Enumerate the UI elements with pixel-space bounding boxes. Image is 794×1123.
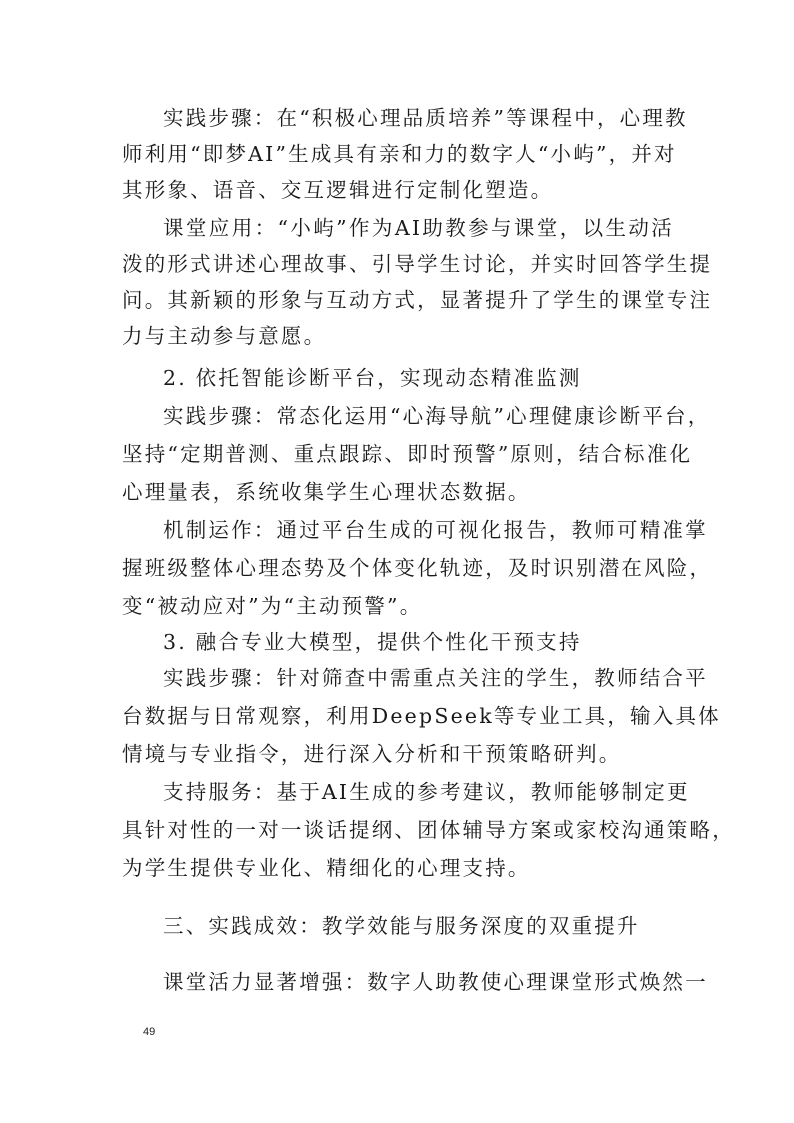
text-line: 机制运作：通过平台生成的可视化报告，教师可精准掌	[163, 516, 674, 544]
text-line: 心理量表，系统收集学生心理状态数据。	[122, 478, 674, 506]
text-line: 实践步骤：针对筛查中需重点关注的学生，教师结合平	[163, 664, 674, 692]
text-line: 实践步骤：常态化运用“心海导航”心理健康诊断平台，	[163, 402, 674, 430]
text-line: 力与主动参与意愿。	[122, 322, 674, 350]
text-line: 握班级整体心理态势及个体变化轨迹，及时识别潜在风险，	[122, 554, 674, 582]
text-line: 其形象、语音、交互逻辑进行定制化塑造。	[122, 176, 674, 204]
text-line: 情境与专业指令，进行深入分析和干预策略研判。	[122, 740, 674, 768]
page-number: 49	[143, 1026, 155, 1038]
text-line: 课堂应用：“小屿”作为AI助教参与课堂，以生动活	[163, 214, 674, 242]
text-line: 课堂活力显著增强：数字人助教使心理课堂形式焕然一	[163, 968, 674, 996]
document-page: 实践步骤：在“积极心理品质培养”等课程中，心理教师利用“即梦AI”生成具有亲和力…	[0, 0, 794, 1123]
text-line: 台数据与日常观察，利用DeepSeek等专业工具，输入具体	[122, 702, 674, 730]
text-line: 支持服务：基于AI生成的参考建议，教师能够制定更	[163, 778, 674, 806]
text-line: 变“被动应对”为“主动预警”。	[122, 592, 674, 620]
text-line: 泼的形式讲述心理故事、引导学生讨论，并实时回答学生提	[122, 250, 674, 278]
text-line: 具针对性的一对一谈话提纲、团体辅导方案或家校沟通策略，	[122, 816, 674, 844]
text-line: 三、实践成效：教学效能与服务深度的双重提升	[163, 912, 674, 940]
text-line: 3. 融合专业大模型，提供个性化干预支持	[163, 628, 674, 656]
text-line: 2. 依托智能诊断平台，实现动态精准监测	[163, 364, 674, 392]
text-line: 为学生提供专业化、精细化的心理支持。	[122, 854, 674, 882]
text-line: 师利用“即梦AI”生成具有亲和力的数字人“小屿”，并对	[122, 140, 674, 168]
text-line: 实践步骤：在“积极心理品质培养”等课程中，心理教	[163, 104, 674, 132]
text-line: 坚持“定期普测、重点跟踪、即时预警”原则，结合标准化	[122, 440, 674, 468]
text-line: 问。其新颖的形象与互动方式，显著提升了学生的课堂专注	[122, 286, 674, 314]
